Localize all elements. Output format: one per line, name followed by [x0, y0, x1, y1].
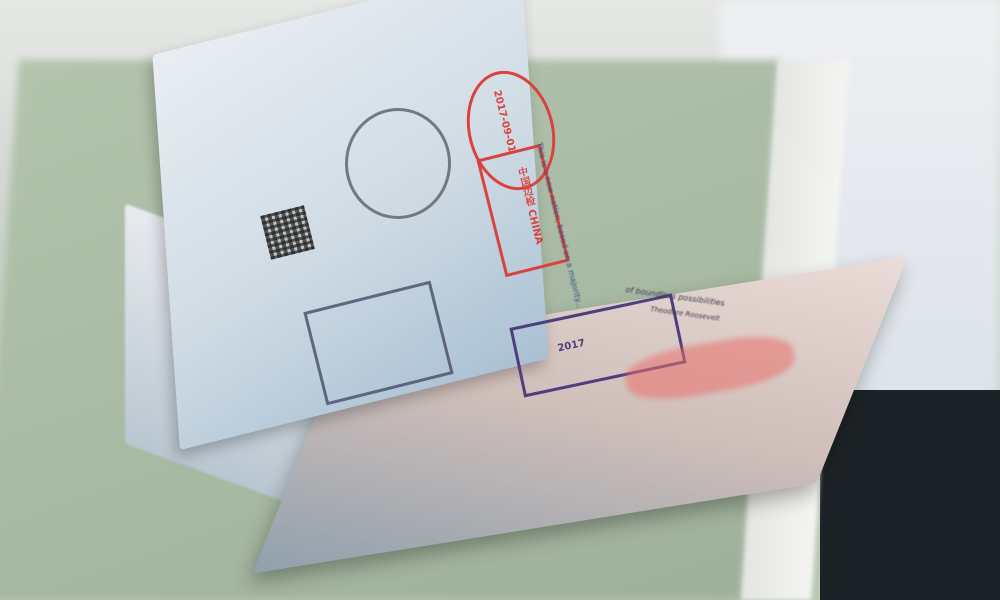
entry-stamp-circle [345, 108, 451, 219]
background-dark-area [820, 390, 1000, 600]
china-stamp-text: 中国边检 CHINA [513, 166, 547, 246]
purple-stamp-date: 2017 [557, 338, 587, 355]
china-stamp-date: 2017-09-01 [491, 89, 517, 154]
